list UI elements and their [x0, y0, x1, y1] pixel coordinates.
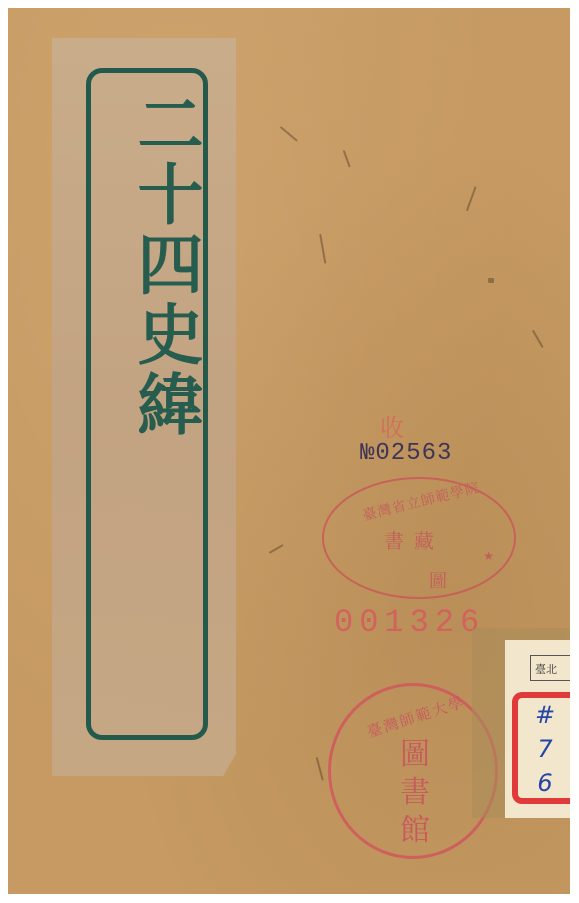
paper-fiber: [269, 544, 284, 553]
oval-library-stamp: 臺灣省立師範學院 書藏 圖 ★: [322, 477, 516, 599]
handwritten-char: #: [530, 698, 560, 732]
round-stamp-center-text: 圖書館: [395, 736, 435, 850]
paper-fiber: [488, 278, 494, 283]
paper-fiber: [316, 757, 324, 781]
handwritten-char: 6: [530, 766, 560, 800]
paper-fiber: [532, 330, 543, 348]
paper-fiber: [280, 126, 298, 141]
handwritten-call-number: # 7 6: [530, 698, 560, 800]
paper-fiber: [343, 150, 351, 167]
book-title: 二十四史緯: [96, 90, 200, 440]
accession-number: №02563: [360, 440, 452, 467]
received-mark: 收: [380, 408, 404, 443]
star-icon: ★: [483, 549, 494, 563]
handwritten-char: 7: [530, 732, 560, 766]
oval-stamp-bottom-text: 圖: [429, 567, 447, 593]
paper-fiber: [466, 186, 476, 211]
oval-stamp-center-text: 書藏: [384, 525, 444, 554]
red-serial-number: 001326: [334, 604, 485, 641]
label-header: 臺北: [530, 655, 570, 681]
paper-fiber: [320, 234, 327, 264]
